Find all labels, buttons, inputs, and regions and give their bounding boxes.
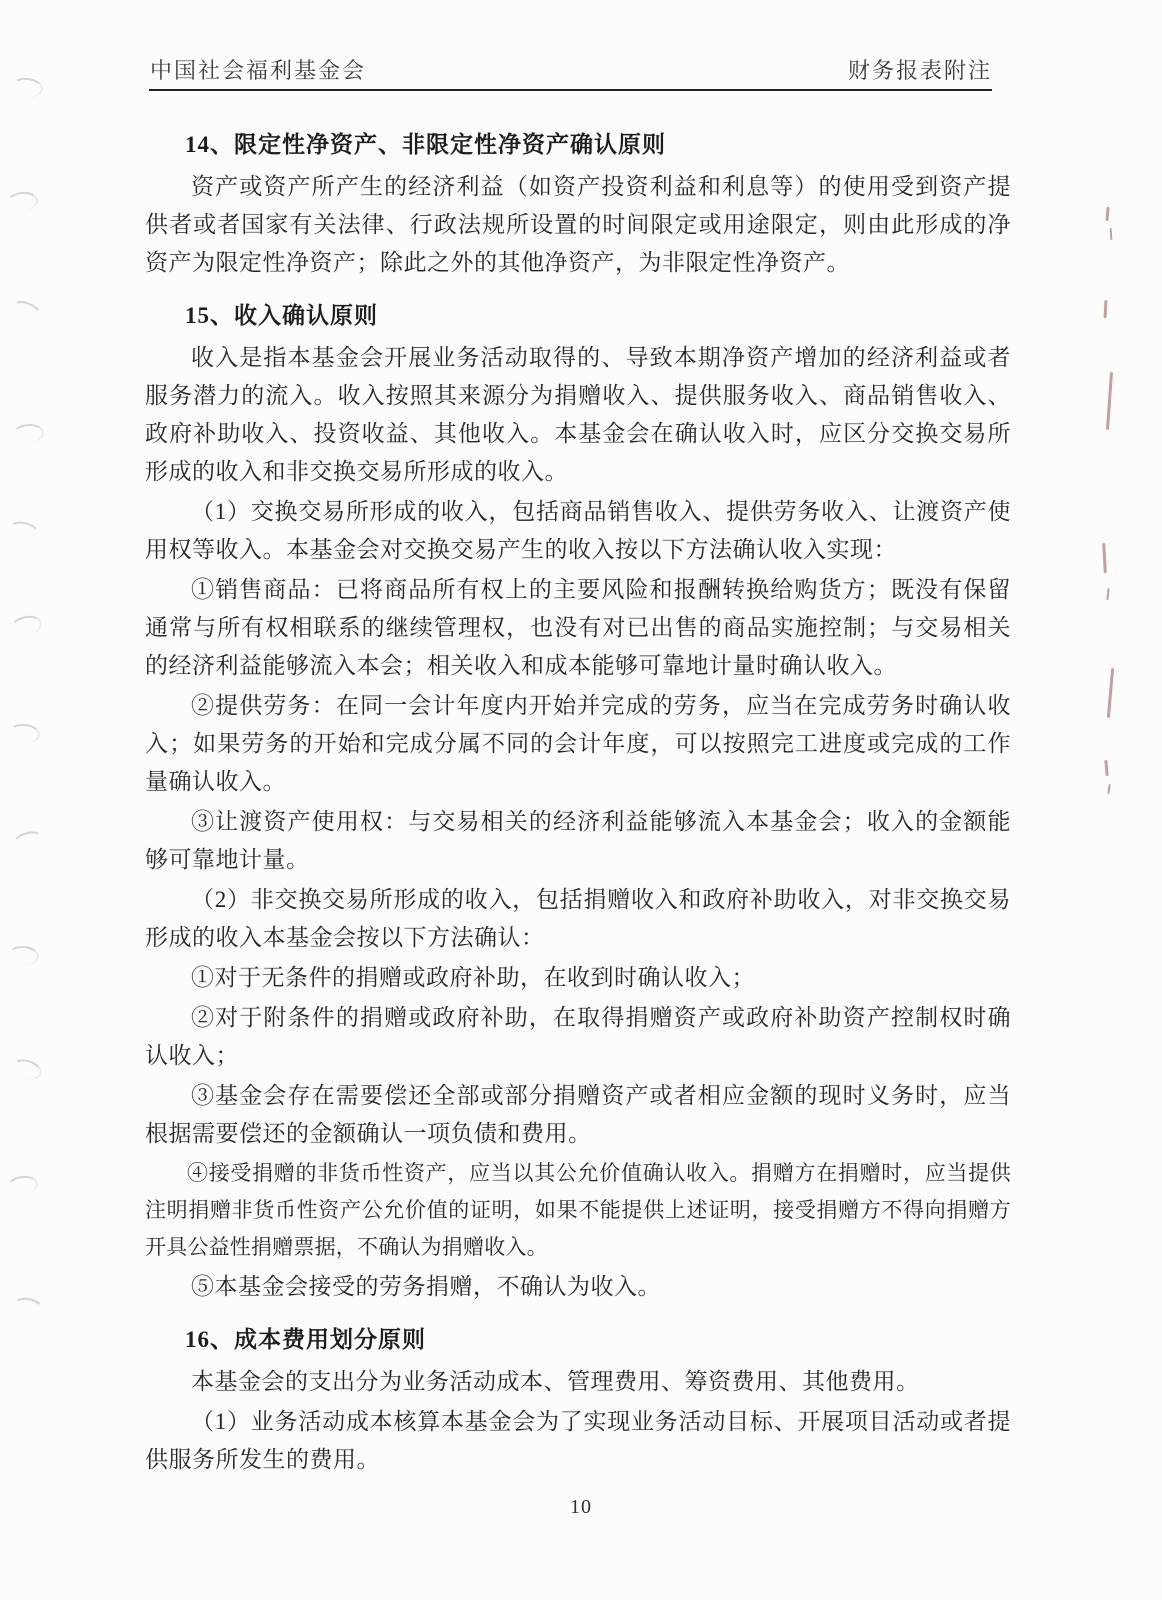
scan-artifact-arc: [11, 1295, 45, 1319]
scanned-document-page: 中国社会福利基金会 财务报表附注 14、限定性净资产、非限定性净资产确认原则资产…: [0, 0, 1162, 1600]
paragraph: ②提供劳务：在同一会计年度内开始并完成的劳务，应当在完成劳务时确认收入；如果劳务…: [145, 687, 1011, 801]
header-document-title: 财务报表附注: [848, 54, 992, 85]
scan-artifact-arc: [11, 829, 46, 855]
margin-bleed-mark: [1104, 300, 1108, 318]
paragraph: ③让渡资产使用权：与交易相关的经济利益能够流入本基金会；收入的金额能够可靠地计量…: [145, 803, 1011, 879]
margin-bleed-mark: [1102, 543, 1107, 573]
scan-artifact-arc: [6, 1174, 39, 1197]
paragraph: （2）非交换交易所形成的收入，包括捐赠收入和政府补助收入，对非交换交易形成的收入…: [145, 881, 1011, 957]
paragraph: （1）交换交易所形成的收入，包括商品销售收入、提供劳务收入、让渡资产使用权等收入…: [145, 493, 1011, 569]
margin-bleed-mark: [1107, 668, 1114, 718]
scan-artifact-arc: [6, 190, 39, 212]
paragraph: ①对于无条件的捐赠或政府补助，在收到时确认收入；: [145, 959, 1011, 997]
section-heading: 16、成本费用划分原则: [145, 1321, 1011, 1359]
page-number: 10: [0, 1496, 1162, 1519]
margin-bleed-mark: [1104, 760, 1108, 776]
margin-bleed-mark: [1105, 207, 1109, 221]
header-rule-line: [149, 89, 992, 91]
scan-artifact-arc: [8, 297, 44, 325]
paragraph: ④接受捐赠的非货币性资产，应当以其公允价值确认收入。捐赠方在捐赠时，应当提供注明…: [145, 1155, 1011, 1266]
paragraph: 资产或资产所产生的经济利益（如资产投资利益和利息等）的使用受到资产提供者或者国家…: [145, 168, 1011, 282]
header-organization-title: 中国社会福利基金会: [150, 54, 366, 85]
page-header: 中国社会福利基金会 财务报表附注: [150, 54, 992, 85]
section-heading: 15、收入确认原则: [145, 297, 1011, 335]
margin-bleed-mark: [1110, 228, 1113, 240]
scan-artifact-arc: [10, 613, 44, 637]
scan-artifact-arc: [7, 945, 39, 966]
document-body: 14、限定性净资产、非限定性净资产确认原则资产或资产所产生的经济利益（如资产投资…: [145, 126, 1011, 1481]
scan-artifact-arc: [12, 423, 44, 444]
scan-artifact-arc: [8, 722, 41, 744]
paragraph: 收入是指本基金会开展业务活动取得的、导致本期净资产增加的经济利益或者服务潜力的流…: [145, 339, 1011, 491]
paragraph: （1）业务活动成本核算本基金会为了实现业务活动目标、开展项目活动或者提供服务所发…: [145, 1403, 1011, 1479]
paragraph: ①销售商品：已将商品所有权上的主要风险和报酬转换给购货方；既没有保留通常与所有权…: [145, 571, 1011, 685]
scan-artifact-arc: [9, 1056, 44, 1083]
scan-artifact-arc: [6, 519, 40, 544]
paragraph: ③基金会存在需要偿还全部或部分捐赠资产或者相应金额的现时义务时，应当根据需要偿还…: [145, 1077, 1011, 1153]
scan-artifact-arc: [11, 76, 44, 99]
paragraph: 本基金会的支出分为业务活动成本、管理费用、筹资费用、其他费用。: [145, 1363, 1011, 1401]
paragraph: ⑤本基金会接受的劳务捐赠，不确认为收入。: [145, 1268, 1011, 1306]
margin-bleed-mark: [1107, 784, 1110, 794]
paragraph: ②对于附条件的捐赠或政府补助，在取得捐赠资产或政府补助资产控制权时确认收入；: [145, 999, 1011, 1075]
section-heading: 14、限定性净资产、非限定性净资产确认原则: [145, 126, 1011, 164]
margin-bleed-mark: [1106, 588, 1109, 600]
margin-bleed-mark: [1106, 372, 1113, 430]
